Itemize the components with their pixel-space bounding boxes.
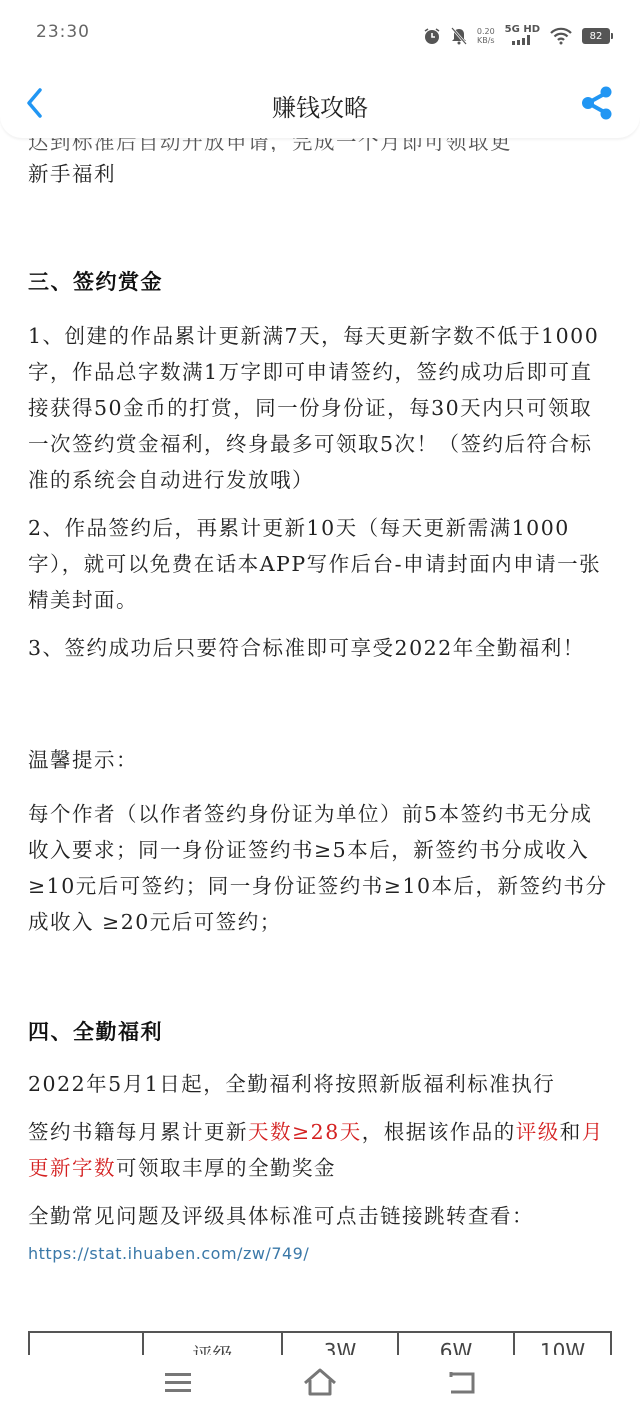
share-button[interactable] [580,86,614,120]
text-segment: ，根据该作品的 [362,1120,516,1144]
menu-icon [158,1363,198,1403]
attendance-line-1: 2022年5月1日起，全勤福利将按照新版福利标准执行 [28,1066,614,1102]
signal: 5G HD [505,24,540,48]
section-heading-attendance: 四、全勤福利 [28,1014,614,1050]
prev-section-tail: 新手福利 [28,156,614,192]
highlight-days: 天数≥28天 [248,1120,362,1144]
signing-item-3: 3、签约成功后只要符合标准即可享受2022年全勤福利！ [28,630,614,666]
home-button[interactable] [300,1363,340,1403]
tips-label: 温馨提示： [28,742,614,778]
status-bar: 23:30 0.20KB/s 5G HD 82 [0,0,640,60]
status-icons: 0.20KB/s 5G HD 82 [423,24,610,48]
article-content: 达到标准后自动开放申请，完成一个月即可领取更 新手福利 三、签约赏金 1、创建的… [28,120,614,1272]
page-title: 赚钱攻略 [0,88,640,123]
tips-text: 每个作者（以作者签约身份证为单位）前5本签约书无分成收入要求；同一身份证签约书≥… [28,796,614,940]
net-speed: 0.20KB/s [477,27,495,45]
attendance-line-3: 全勤常见问题及评级具体标准可点击链接跳转查看： [28,1198,614,1234]
share-icon [580,86,614,120]
system-nav-bar [0,1355,640,1415]
status-time: 23:30 [36,22,90,42]
text-segment: 可领取丰厚的全勤奖金 [116,1156,336,1180]
attendance-line-2: 签约书籍每月累计更新天数≥28天，根据该作品的评级和月更新字数可领取丰厚的全勤奖… [28,1114,614,1186]
home-icon [300,1363,340,1403]
nav-back-button[interactable] [442,1363,482,1403]
text-segment: 签约书籍每月累计更新 [28,1120,248,1144]
text-segment: 和 [560,1120,582,1144]
highlight-rating: 评级 [516,1120,560,1144]
mute-bell-icon [451,27,467,45]
alarm-icon [423,27,441,45]
wifi-icon [550,27,572,45]
net-speed-value: 0.20 [477,27,495,36]
signing-item-1: 1、创建的作品累计更新满7天，每天更新字数不低于1000字，作品总字数满1万字即… [28,318,614,498]
section-heading-signing-bonus: 三、签约赏金 [28,264,614,300]
signal-bars-icon [511,35,533,45]
net-speed-unit: KB/s [477,36,495,45]
top-app-bar: 赚钱攻略 [0,60,640,138]
network-type: 5G HD [505,24,540,35]
back-arrow-icon [442,1363,482,1403]
faq-link[interactable]: https://stat.ihuaben.com/zw/749/ [28,1244,309,1263]
battery-indicator: 82 [582,28,610,44]
signing-item-2: 2、作品签约后，再累计更新10天（每天更新需满1000字），就可以免费在话本AP… [28,510,614,618]
link-row: https://stat.ihuaben.com/zw/749/ [28,1234,614,1272]
menu-button[interactable] [158,1363,198,1403]
